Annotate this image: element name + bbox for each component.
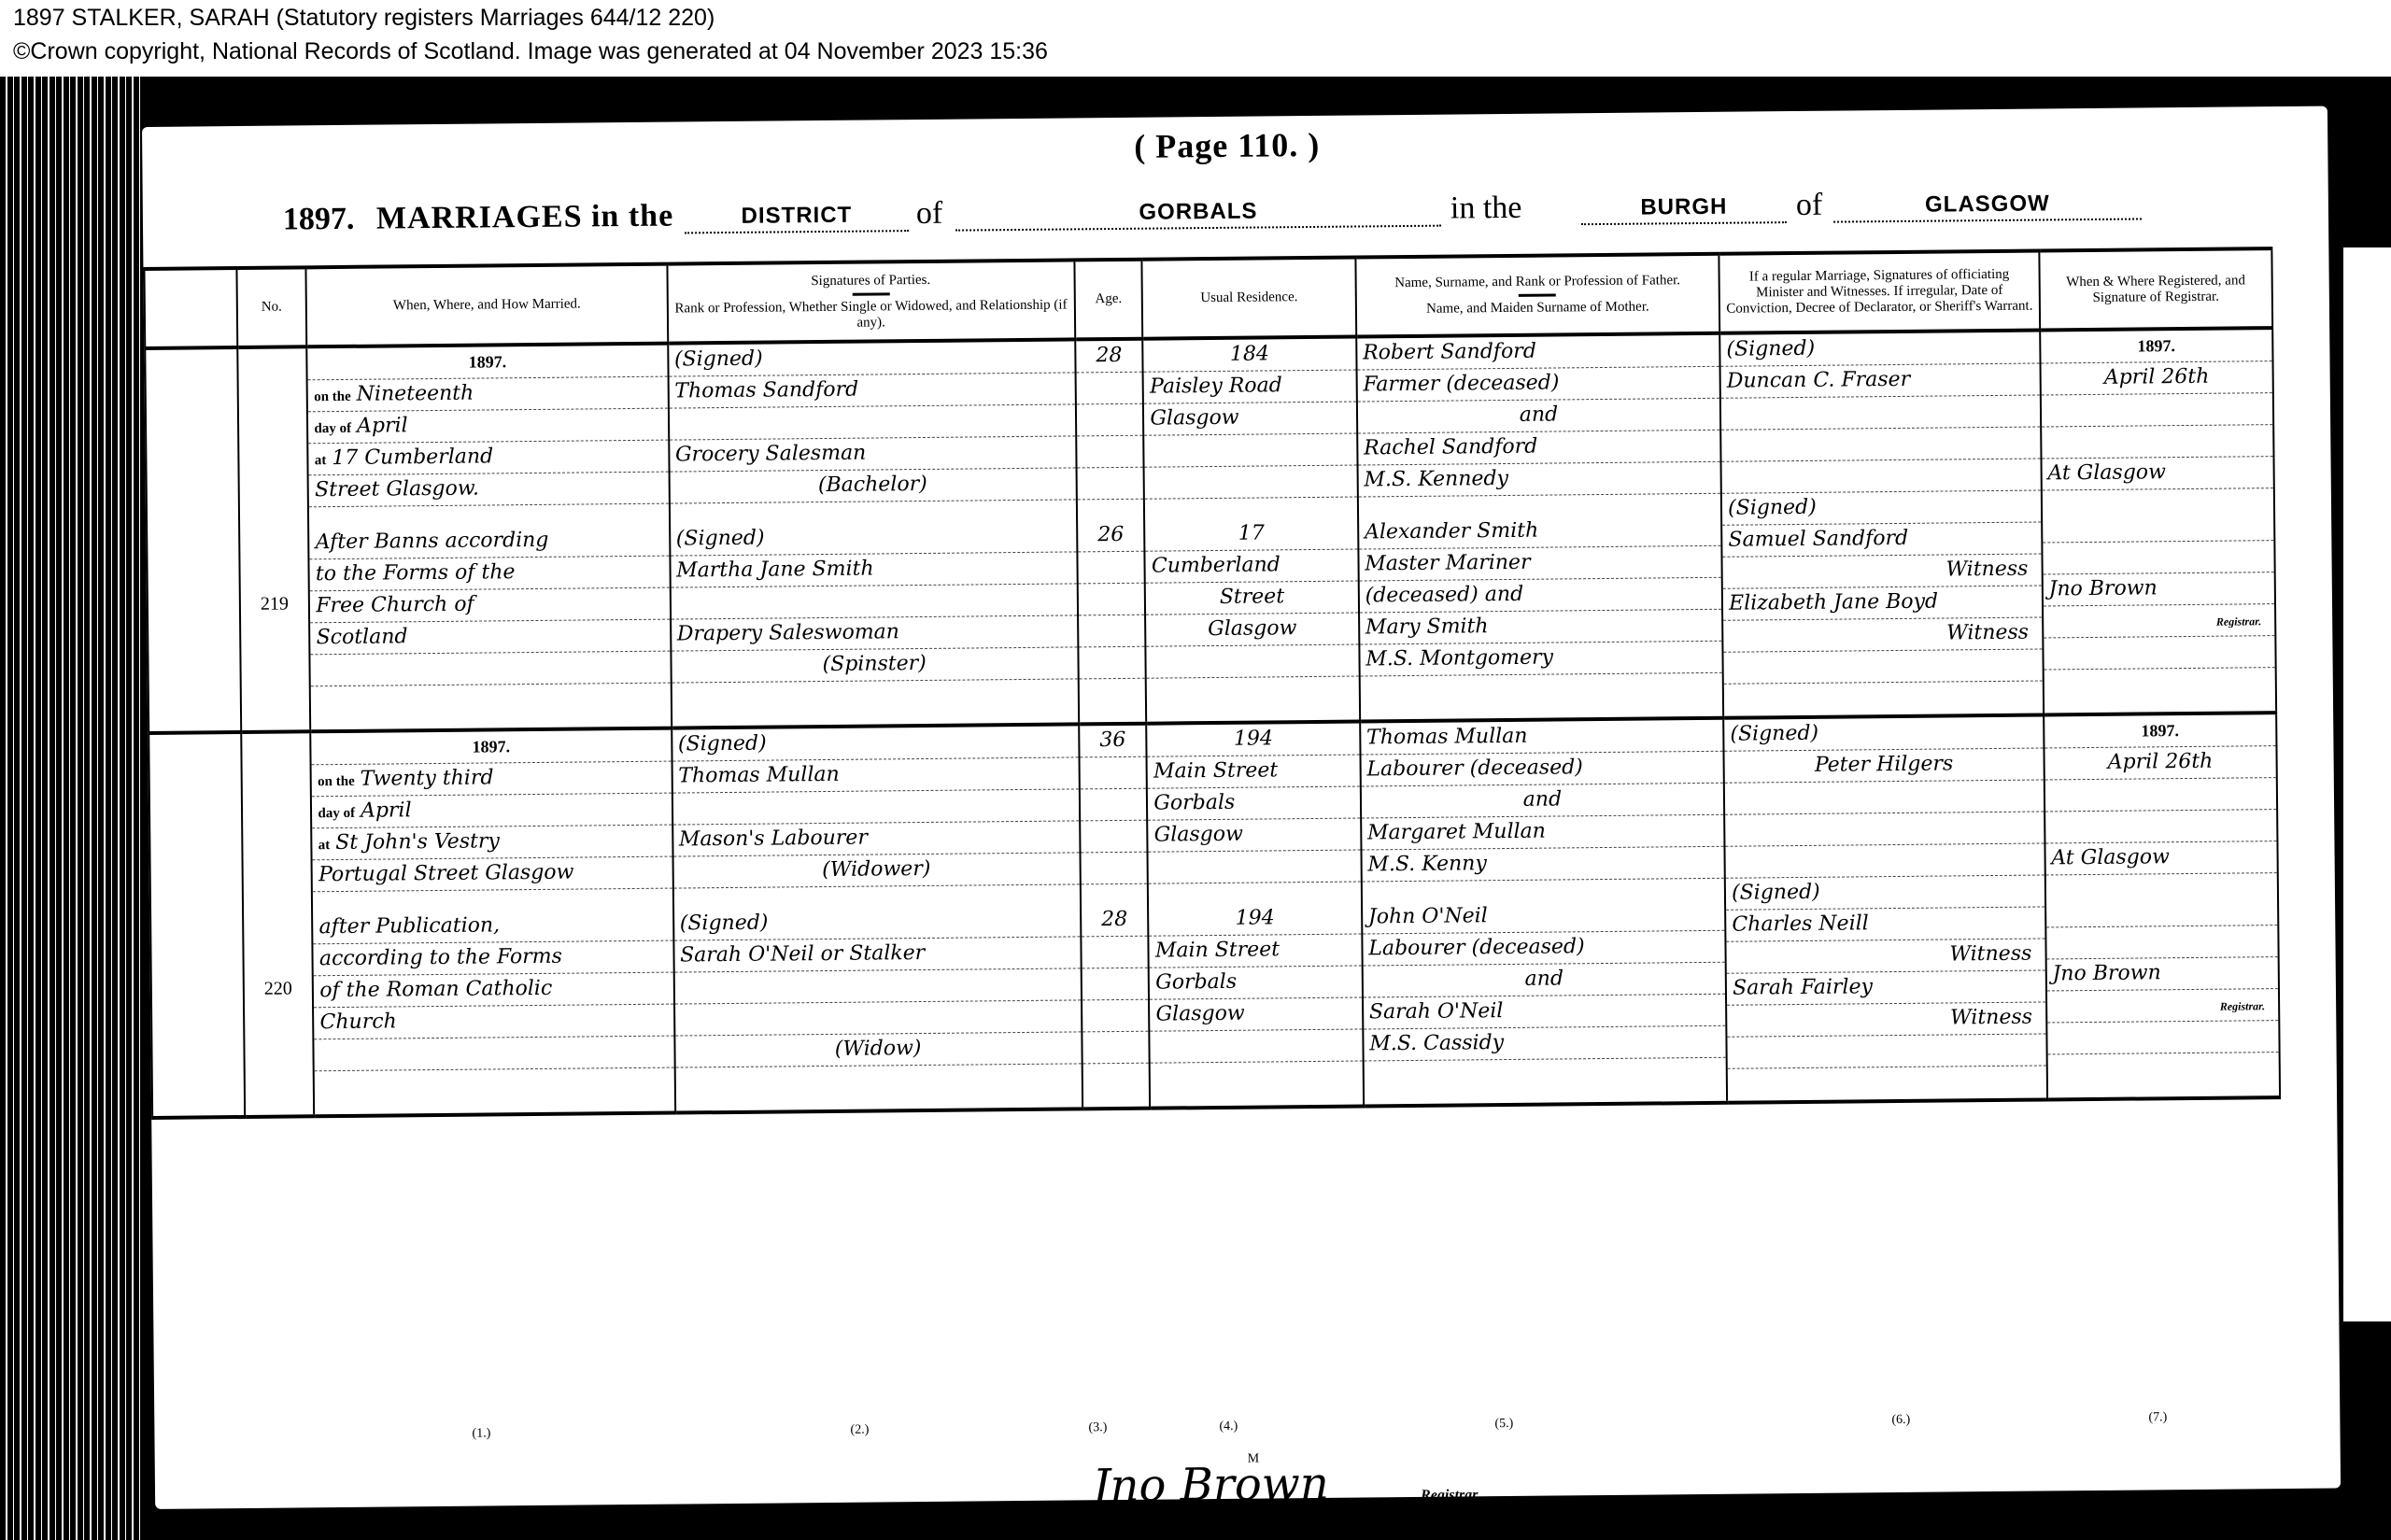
district-name: GORBALS — [955, 197, 1441, 232]
bride-status: (Widow) — [675, 1032, 1081, 1067]
age-cell: 28 26 — [1075, 339, 1147, 725]
burgh-name: GLASGOW — [1833, 190, 2142, 222]
officiant-name: Duncan C. Fraser — [1721, 364, 2040, 399]
of-label-2: of — [1796, 188, 1823, 223]
parents: Robert Sandford Farmer (deceased) and Ra… — [1356, 333, 1723, 722]
when-where-how: 1897. on theNineteenth day ofApril at17 … — [307, 344, 672, 732]
groom-rank: Grocery Salesman — [670, 436, 1075, 472]
record-caption: 1897 STALKER, SARAH (Statutory registers… — [13, 4, 714, 32]
bride-name: Martha Jane Smith — [671, 552, 1076, 587]
groom-name: Thomas Mullan — [672, 757, 1078, 793]
groom-status: (Bachelor) — [670, 468, 1075, 503]
column-numbers: (1.) (2.) (3.) (4.) (5.) (6.) (7.) — [154, 1409, 2284, 1458]
bride-age: 26 — [1078, 520, 1144, 553]
registration: 1897. April 26th At Glasgow Jno Brown Re… — [2040, 328, 2276, 714]
parents: Thomas Mullan Labourer (deceased) and Ma… — [1360, 718, 1727, 1107]
age-cell: 36 28 — [1079, 724, 1151, 1109]
of-label: of — [916, 196, 943, 232]
groom-rank: Mason's Labourer — [673, 821, 1079, 856]
book-binding — [0, 77, 142, 1540]
signatures-of-parties: (Signed) Thomas Sandford Grocery Salesma… — [668, 339, 1079, 728]
marriage-register-table: No. When, Where, and How Married. Signat… — [143, 247, 2281, 1120]
witness-name: Samuel Sandford — [1722, 523, 2041, 558]
page-number: ( Page 110. ) — [1134, 125, 1320, 166]
burgh-type: BURGH — [1581, 193, 1787, 225]
bride-status: (Spinster) — [672, 647, 1077, 683]
registration-place: At Glasgow — [2045, 841, 2277, 875]
when-where-how: 1897. on theTwenty third day ofApril atS… — [311, 728, 675, 1117]
header-divider — [1519, 293, 1556, 296]
entry-number: 219 — [237, 346, 311, 732]
register-title: 1897. MARRIAGES in the DISTRICT of GORBA… — [283, 172, 2319, 238]
header-registered: When & Where Registered, and Signature o… — [2039, 248, 2272, 330]
header-margin — [144, 268, 236, 348]
register-page: ( Page 110. ) 1897. MARRIAGES in the DIS… — [142, 106, 2341, 1509]
witness-name: Sarah Fairley — [1727, 970, 2045, 1005]
witness-name: Elizabeth Jane Boyd — [1723, 586, 2042, 621]
register-year: 1897. — [283, 202, 355, 238]
header-residence: Usual Residence. — [1142, 258, 1356, 339]
groom-age: 28 — [1076, 341, 1142, 374]
usual-residence: 184 Paisley Road Glasgow 17 Cumberland S… — [1143, 337, 1360, 724]
header-parties: Signatures of Parties. Rank or Professio… — [667, 260, 1075, 343]
registration-date: April 26th — [2041, 361, 2272, 395]
register-entry-219: 219 1897. on theNineteenth day ofApril a… — [145, 328, 2276, 733]
registrar-signature: Jno Brown — [2043, 572, 2274, 606]
registration: 1897. April 26th At Glasgow Jno Brown Re… — [2044, 713, 2280, 1099]
registration-date: April 26th — [2044, 746, 2276, 780]
page-registrar-signature: Jno Brown — [1014, 1450, 1408, 1519]
bride-name: Sarah O'Neil or Stalker — [674, 937, 1080, 972]
signatures-of-parties: (Signed) Thomas Mullan Mason's Labourer … — [672, 724, 1082, 1112]
header-when: When, Where, and How Married. — [306, 264, 668, 347]
groom-age: 36 — [1080, 726, 1146, 758]
adjacent-page-edge — [2340, 247, 2391, 1321]
registrar-signature: Jno Brown — [2046, 957, 2278, 991]
in-the-label: in the — [1450, 191, 1522, 227]
officiant-name: Peter Hilgers — [1725, 748, 2044, 783]
header-no: No. — [236, 267, 307, 347]
header-witnesses: If a regular Marriage, Signatures of off… — [1719, 251, 2040, 333]
registration-place: At Glasgow — [2042, 457, 2273, 490]
groom-name: Thomas Sandford — [669, 373, 1074, 408]
register-entry-220: 220 1897. on theTwenty third day ofApril… — [149, 713, 2280, 1118]
register-heading: MARRIAGES in the — [376, 199, 674, 237]
bride-age: 28 — [1082, 905, 1148, 938]
witness-name: Charles Neill — [1726, 907, 2044, 941]
copyright-caption: ©Crown copyright, National Records of Sc… — [13, 37, 1048, 65]
header-age: Age. — [1074, 260, 1142, 340]
officiant-and-witnesses: (Signed) Peter Hilgers (Signed) Charles … — [1723, 714, 2047, 1102]
bride-rank: Drapery Saleswoman — [672, 615, 1077, 651]
groom-status: (Widower) — [673, 853, 1079, 888]
usual-residence: 194 Main Street Gorbals Glasgow 194 Main… — [1147, 722, 1364, 1109]
page-registrar-label: Registrar. — [1421, 1487, 1481, 1505]
header-parents: Name, Surname, and Rank or Profession of… — [1355, 254, 1719, 337]
officiant-and-witnesses: (Signed) Duncan C. Fraser (Signed) Samue… — [1719, 331, 2044, 718]
entry-number: 220 — [241, 731, 315, 1117]
margin-cell — [145, 347, 241, 733]
district-type: DISTRICT — [685, 202, 909, 233]
margin-cell — [149, 732, 245, 1118]
header-divider — [852, 292, 889, 295]
